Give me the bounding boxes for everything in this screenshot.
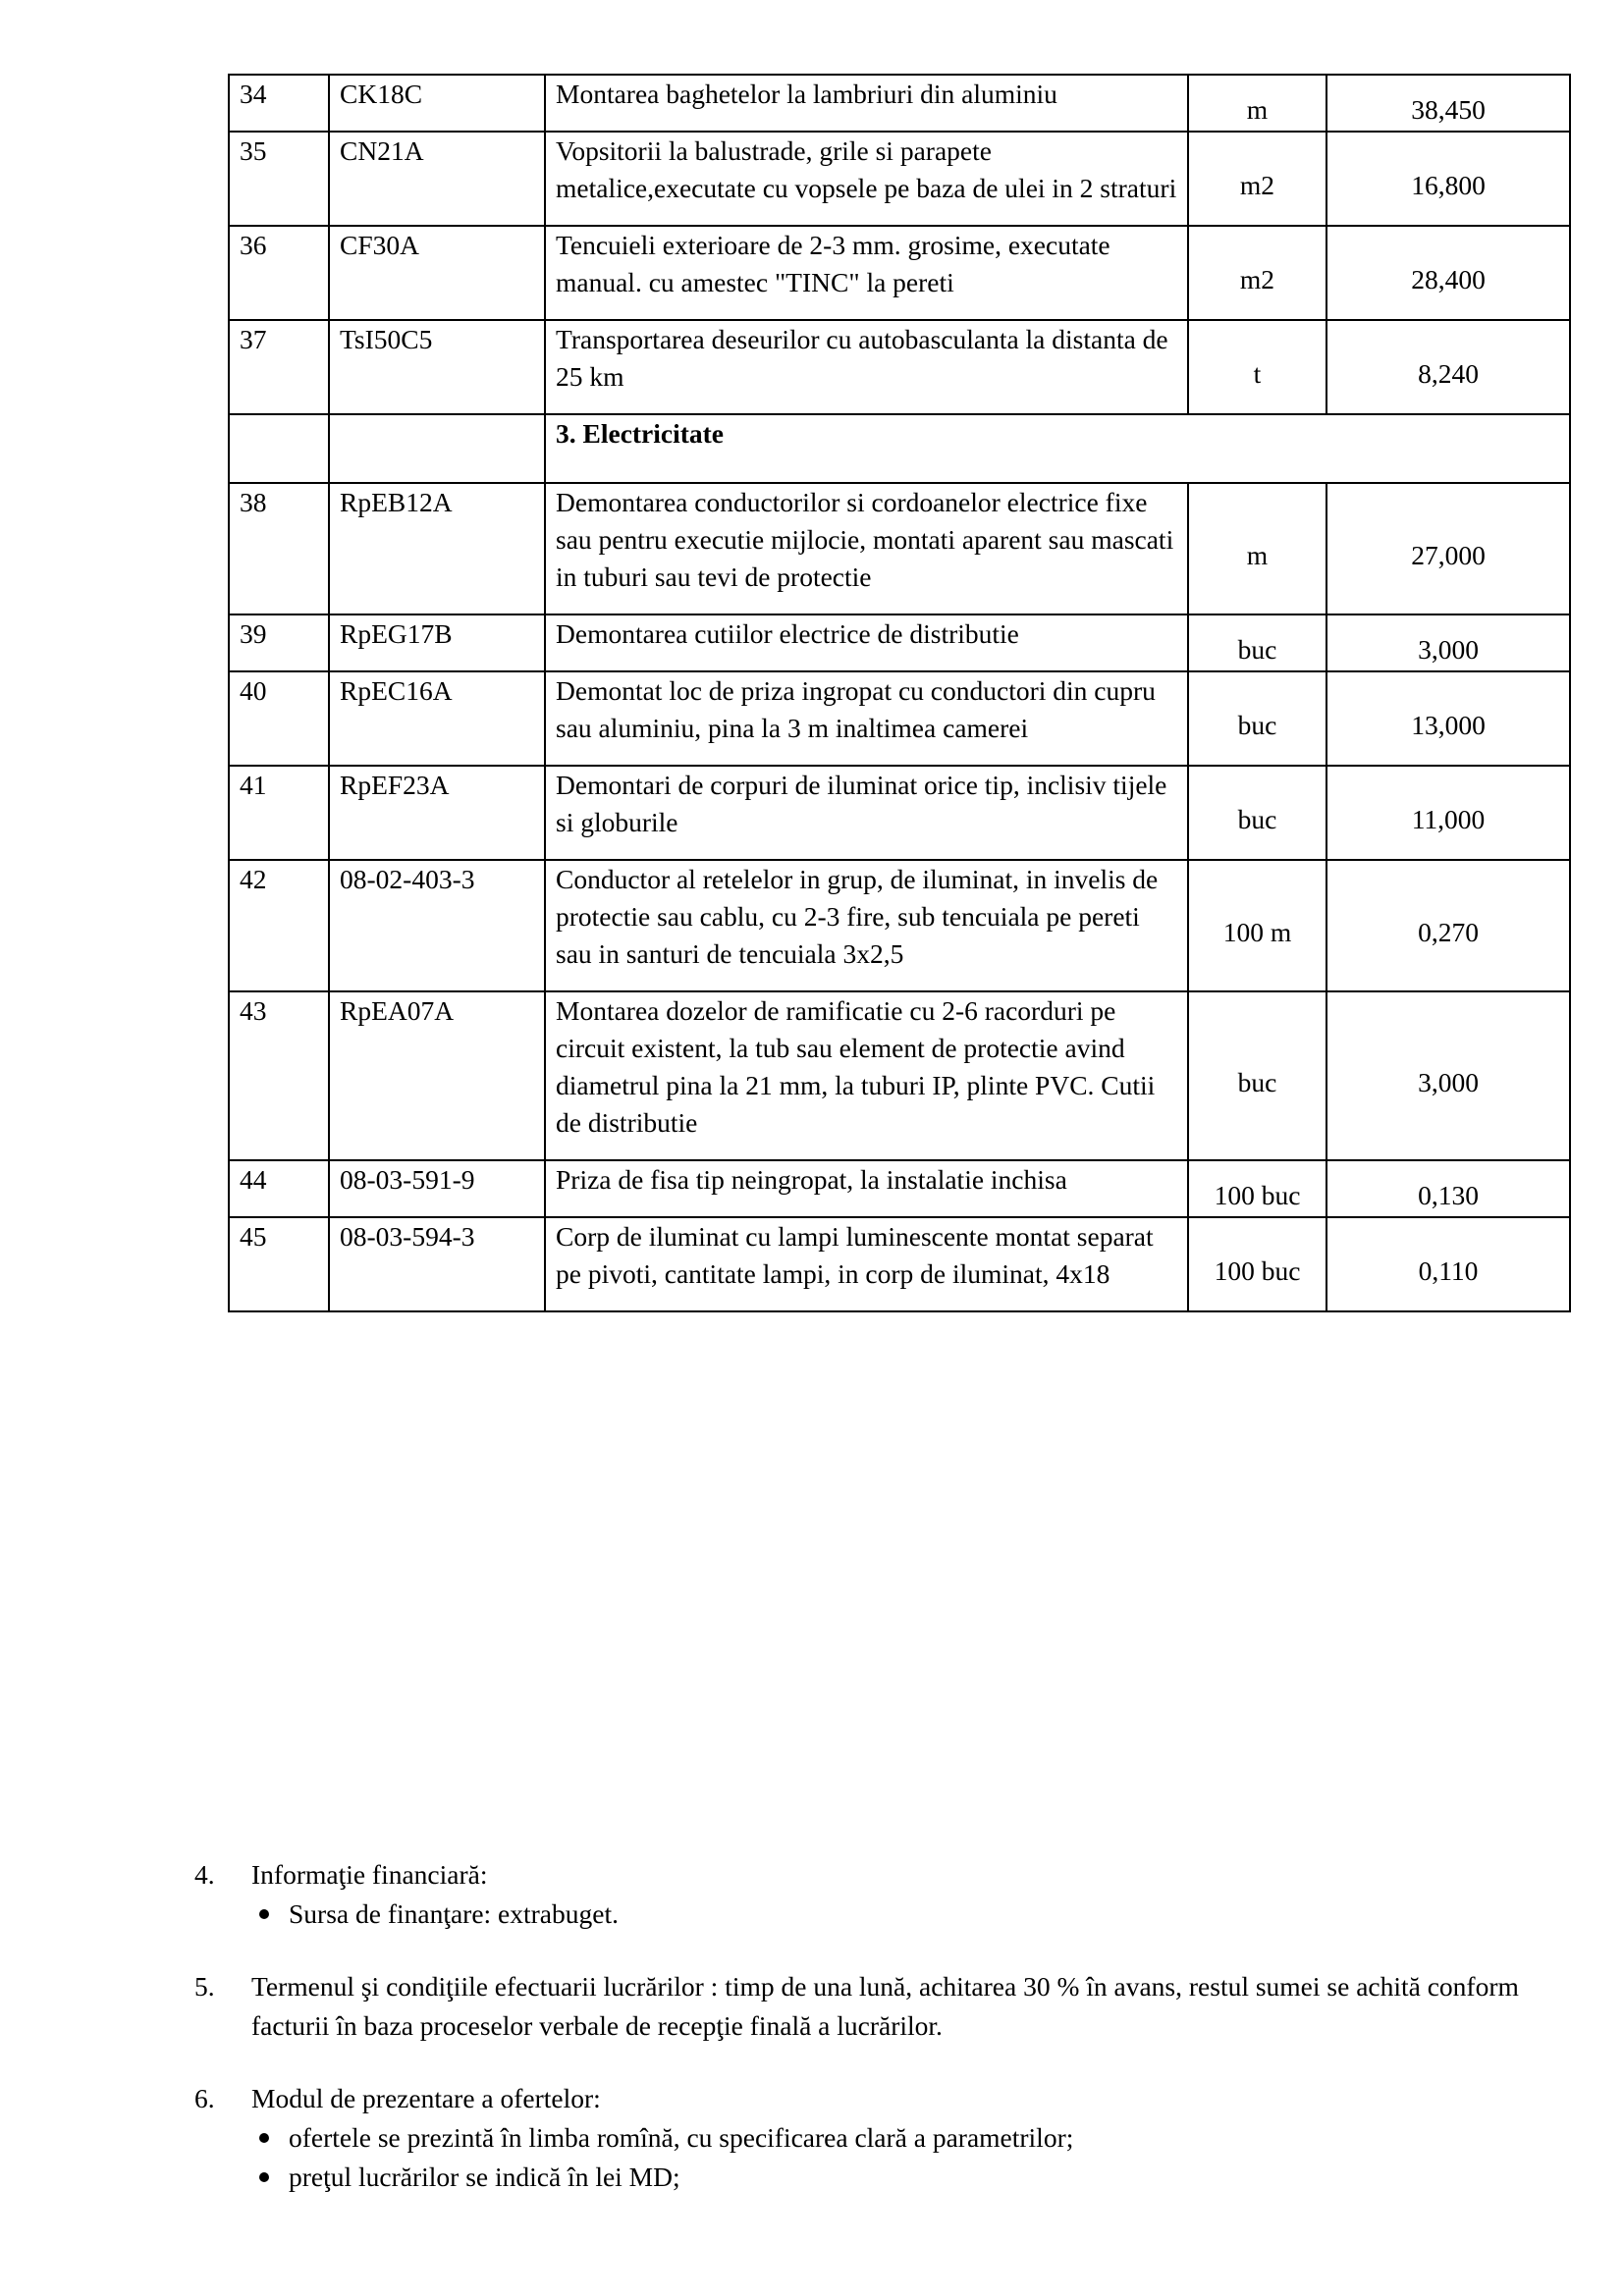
cell-quantity: 0,270 — [1326, 860, 1570, 991]
cell-code: CK18C — [329, 75, 545, 132]
cell-nr: 45 — [229, 1217, 329, 1311]
cell-unit: m — [1188, 483, 1326, 614]
section-number: 6. — [194, 2079, 251, 2197]
table-row: 38RpEB12ADemontarea conductorilor si cor… — [229, 483, 1570, 614]
cell-code: 08-03-594-3 — [329, 1217, 545, 1311]
cell-unit: 100 m — [1188, 860, 1326, 991]
cell-quantity: 8,240 — [1326, 320, 1570, 414]
cell-description: Corp de iluminat cu lampi luminescente m… — [545, 1217, 1188, 1311]
table-row: 4208-02-403-3Conductor al retelelor in g… — [229, 860, 1570, 991]
cell-code: 08-03-591-9 — [329, 1160, 545, 1217]
table-row: 36CF30ATencuieli exterioare de 2-3 mm. g… — [229, 226, 1570, 320]
section-text: Termenul şi condiţiile efectuarii lucrăr… — [251, 1967, 1589, 2046]
cell-nr: 43 — [229, 991, 329, 1160]
bullet-item: Sursa de finanţare: extrabuget. — [251, 1895, 1589, 1934]
cell-unit: 100 buc — [1188, 1160, 1326, 1217]
cell-quantity: 38,450 — [1326, 75, 1570, 132]
works-table-body: 34CK18CMontarea baghetelor la lambriuri … — [229, 75, 1570, 1311]
table-row: 43RpEA07AMontarea dozelor de ramificatie… — [229, 991, 1570, 1160]
cell-nr: 42 — [229, 860, 329, 991]
section-body: Informaţie financiară:Sursa de finanţare… — [251, 1855, 1589, 1934]
cell-quantity: 3,000 — [1326, 614, 1570, 671]
cell-description: Montarea dozelor de ramificatie cu 2-6 r… — [545, 991, 1188, 1160]
cell-quantity: 27,000 — [1326, 483, 1570, 614]
cell-nr: 39 — [229, 614, 329, 671]
cell-description: Demontarea conductorilor si cordoanelor … — [545, 483, 1188, 614]
cell-code: RpEC16A — [329, 671, 545, 766]
cell-unit: m — [1188, 75, 1326, 132]
cell-code: CN21A — [329, 132, 545, 226]
bullet-text: ofertele se prezintă în limba romînă, cu… — [289, 2118, 1073, 2158]
section-item: 6.Modul de prezentare a ofertelor:oferte… — [194, 2079, 1589, 2197]
cell-nr: 37 — [229, 320, 329, 414]
cell-description: Conductor al retelelor in grup, de ilumi… — [545, 860, 1188, 991]
cell-code: RpEB12A — [329, 483, 545, 614]
table-row: 41RpEF23ADemontari de corpuri de ilumina… — [229, 766, 1570, 860]
cell-code: RpEG17B — [329, 614, 545, 671]
section-body: Termenul şi condiţiile efectuarii lucrăr… — [251, 1967, 1589, 2046]
cell-unit: m2 — [1188, 226, 1326, 320]
cell-nr: 35 — [229, 132, 329, 226]
cell-quantity: 16,800 — [1326, 132, 1570, 226]
cell-nr: 40 — [229, 671, 329, 766]
document-sections: 4.Informaţie financiară:Sursa de finanţa… — [194, 1855, 1589, 2230]
cell-code: CF30A — [329, 226, 545, 320]
table-row: 39RpEG17BDemontarea cutiilor electrice d… — [229, 614, 1570, 671]
table-row: 4408-03-591-9Priza de fisa tip neingropa… — [229, 1160, 1570, 1217]
cell-code — [329, 414, 545, 483]
table-row: 35CN21AVopsitorii la balustrade, grile s… — [229, 132, 1570, 226]
cell-nr: 36 — [229, 226, 329, 320]
cell-unit: buc — [1188, 614, 1326, 671]
cell-description: Priza de fisa tip neingropat, la instala… — [545, 1160, 1188, 1217]
cell-quantity: 11,000 — [1326, 766, 1570, 860]
section-number: 5. — [194, 1967, 251, 2046]
cell-description: Vopsitorii la balustrade, grile si parap… — [545, 132, 1188, 226]
section-title: 3. Electricitate — [545, 414, 1570, 483]
cell-nr: 44 — [229, 1160, 329, 1217]
cell-nr: 34 — [229, 75, 329, 132]
section-item: 4.Informaţie financiară:Sursa de finanţa… — [194, 1855, 1589, 1934]
section-header-row: 3. Electricitate — [229, 414, 1570, 483]
cell-code: TsI50C5 — [329, 320, 545, 414]
cell-code: RpEF23A — [329, 766, 545, 860]
cell-nr — [229, 414, 329, 483]
cell-unit: t — [1188, 320, 1326, 414]
table-row: 40RpEC16ADemontat loc de priza ingropat … — [229, 671, 1570, 766]
cell-description: Transportarea deseurilor cu autobasculan… — [545, 320, 1188, 414]
bullet-item: ofertele se prezintă în limba romînă, cu… — [251, 2118, 1589, 2158]
cell-quantity: 3,000 — [1326, 991, 1570, 1160]
bullet-icon — [251, 2118, 289, 2158]
cell-description: Tencuieli exterioare de 2-3 mm. grosime,… — [545, 226, 1188, 320]
bullet-text: preţul lucrărilor se indică în lei MD; — [289, 2158, 680, 2197]
section-number: 4. — [194, 1855, 251, 1934]
section-item: 5.Termenul şi condiţiile efectuarii lucr… — [194, 1967, 1589, 2046]
section-text: Modul de prezentare a ofertelor: — [251, 2079, 1589, 2118]
works-table: 34CK18CMontarea baghetelor la lambriuri … — [228, 74, 1571, 1312]
cell-quantity: 13,000 — [1326, 671, 1570, 766]
cell-description: Demontari de corpuri de iluminat orice t… — [545, 766, 1188, 860]
cell-unit: 100 buc — [1188, 1217, 1326, 1311]
cell-description: Demontarea cutiilor electrice de distrib… — [545, 614, 1188, 671]
cell-quantity: 28,400 — [1326, 226, 1570, 320]
bullet-icon — [251, 1895, 289, 1934]
section-text: Informaţie financiară: — [251, 1855, 1589, 1895]
cell-quantity: 0,110 — [1326, 1217, 1570, 1311]
table-row: 34CK18CMontarea baghetelor la lambriuri … — [229, 75, 1570, 132]
cell-code: 08-02-403-3 — [329, 860, 545, 991]
cell-unit: m2 — [1188, 132, 1326, 226]
table-row: 37TsI50C5Transportarea deseurilor cu aut… — [229, 320, 1570, 414]
cell-unit: buc — [1188, 766, 1326, 860]
bullet-icon — [251, 2158, 289, 2197]
cell-description: Demontat loc de priza ingropat cu conduc… — [545, 671, 1188, 766]
section-body: Modul de prezentare a ofertelor:ofertele… — [251, 2079, 1589, 2197]
bullet-text: Sursa de finanţare: extrabuget. — [289, 1895, 619, 1934]
bullet-item: preţul lucrărilor se indică în lei MD; — [251, 2158, 1589, 2197]
cell-nr: 38 — [229, 483, 329, 614]
table-row: 4508-03-594-3Corp de iluminat cu lampi l… — [229, 1217, 1570, 1311]
cell-quantity: 0,130 — [1326, 1160, 1570, 1217]
cell-code: RpEA07A — [329, 991, 545, 1160]
cell-nr: 41 — [229, 766, 329, 860]
cell-description: Montarea baghetelor la lambriuri din alu… — [545, 75, 1188, 132]
cell-unit: buc — [1188, 671, 1326, 766]
cell-unit: buc — [1188, 991, 1326, 1160]
